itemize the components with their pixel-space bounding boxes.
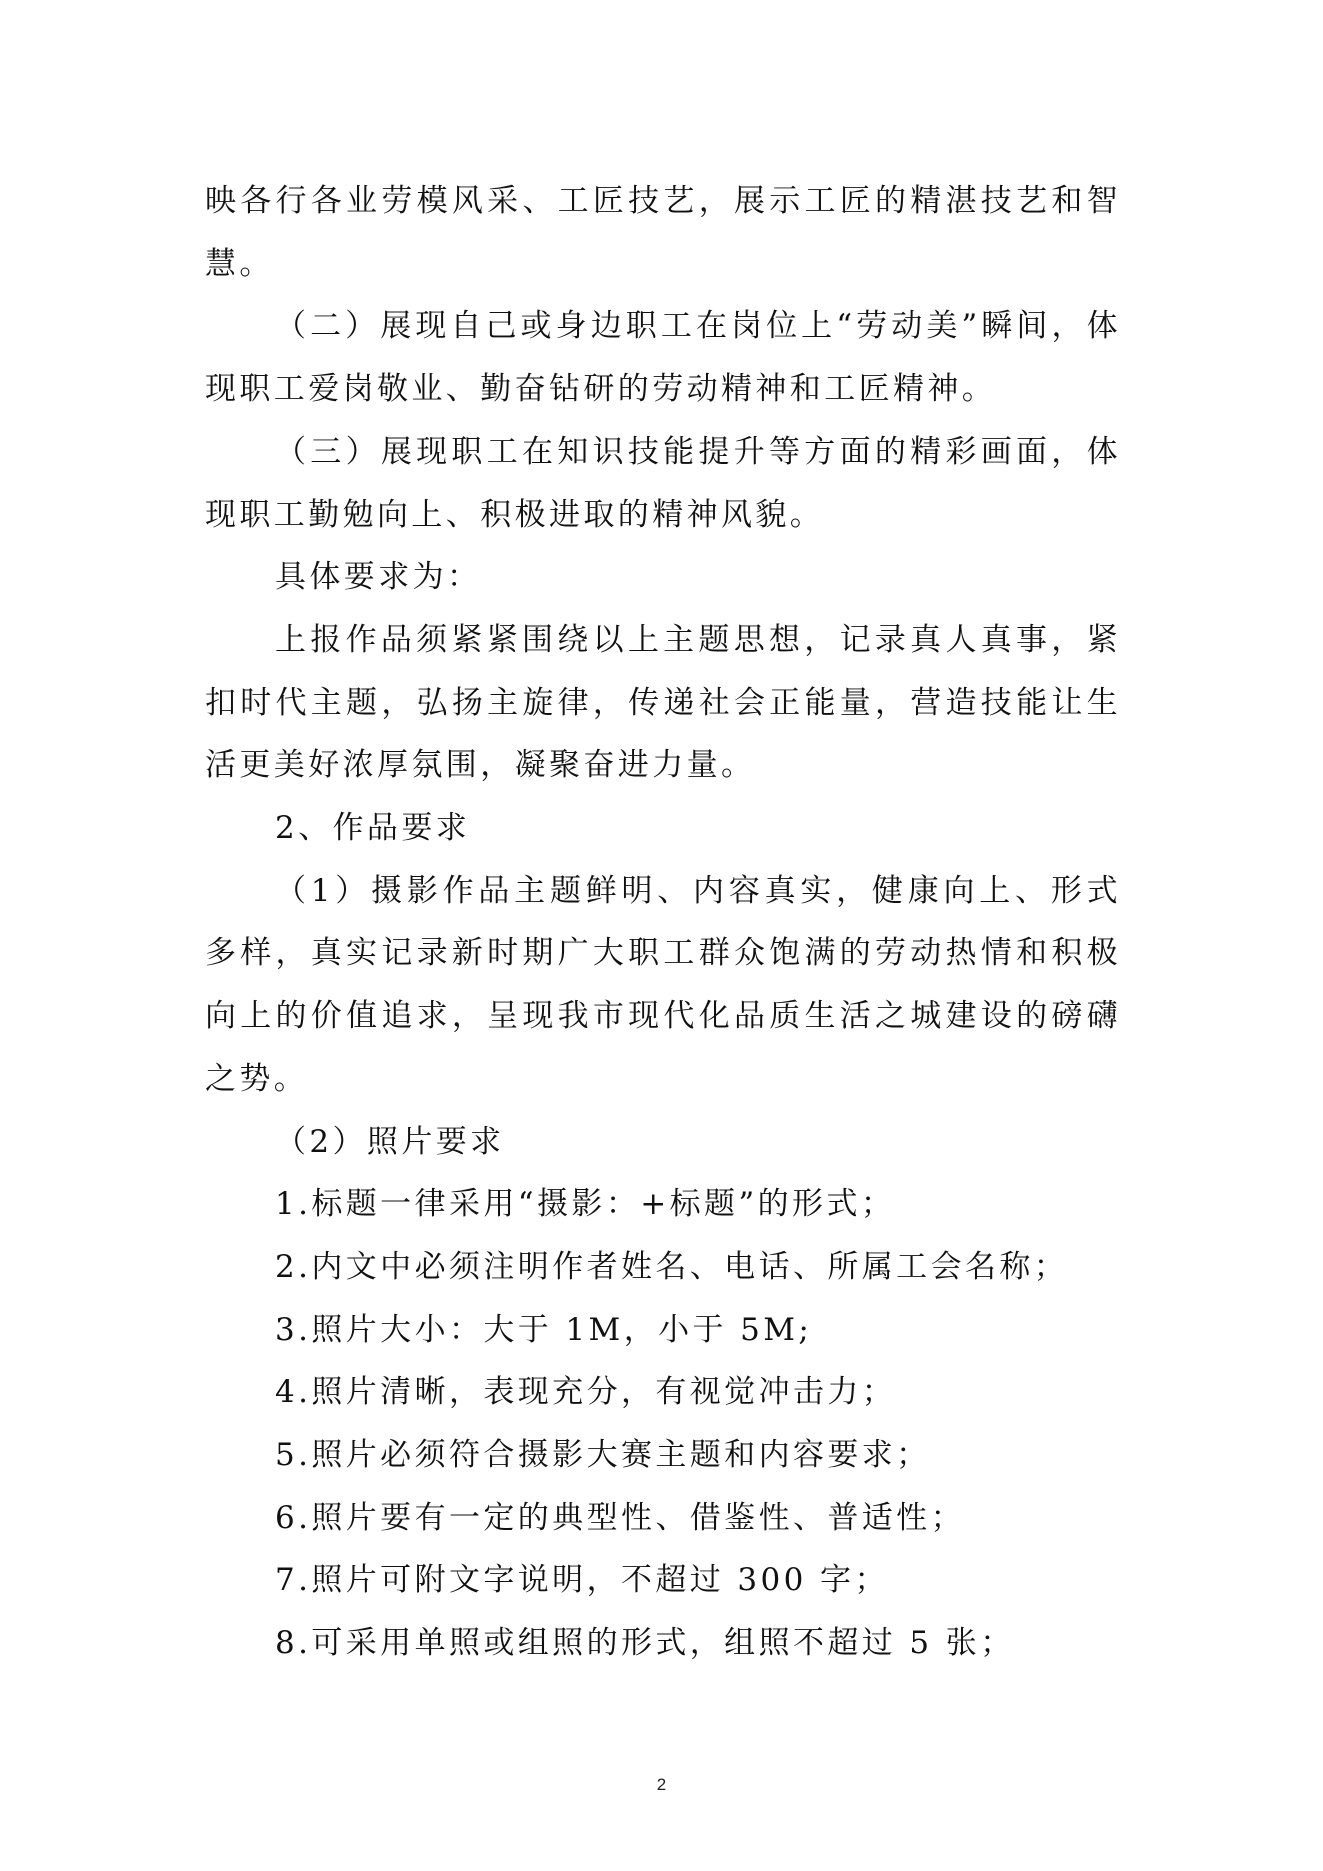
list-item-3: 3.照片大小：大于 1M，小于 5M;	[205, 1299, 1121, 1362]
paragraph-photo-works: （1）摄影作品主题鲜明、内容真实，健康向上、形式多样，真实记录新时期广大职工群众…	[205, 860, 1121, 1111]
body-text: 映各行各业劳模风采、工匠技艺，展示工匠的精湛技艺和智慧。 （二）展现自己或身边职…	[205, 170, 1121, 1675]
list-item-1: 1.标题一律采用“摄影：+标题”的形式；	[205, 1173, 1121, 1236]
list-item-5: 5.照片必须符合摄影大赛主题和内容要求；	[205, 1424, 1121, 1487]
paragraph-continuation: 映各行各业劳模风采、工匠技艺，展示工匠的精湛技艺和智慧。	[205, 170, 1121, 295]
list-item-6: 6.照片要有一定的典型性、借鉴性、普适性；	[205, 1487, 1121, 1550]
list-item-8: 8.可采用单照或组照的形式，组照不超过 5 张；	[205, 1612, 1121, 1675]
paragraph-requirements-heading: 具体要求为：	[205, 546, 1121, 609]
page-number: 2	[0, 1775, 1323, 1795]
paragraph-requirements-body: 上报作品须紧紧围绕以上主题思想，记录真人真事，紧扣时代主题，弘扬主旋律，传递社会…	[205, 609, 1121, 797]
paragraph-item-three: （三）展现职工在知识技能提升等方面的精彩画面，体现职工勤勉向上、积极进取的精神风…	[205, 421, 1121, 546]
section-heading-work-requirements: 2、作品要求	[205, 797, 1121, 860]
list-item-4: 4.照片清晰，表现充分，有视觉冲击力；	[205, 1361, 1121, 1424]
paragraph-item-two: （二）展现自己或身边职工在岗位上“劳动美”瞬间，体现职工爱岗敬业、勤奋钻研的劳动…	[205, 295, 1121, 420]
subheading-photo-requirements: （2）照片要求	[205, 1111, 1121, 1174]
list-item-7: 7.照片可附文字说明，不超过 300 字；	[205, 1549, 1121, 1612]
document-page: 映各行各业劳模风采、工匠技艺，展示工匠的精湛技艺和智慧。 （二）展现自己或身边职…	[0, 0, 1323, 1871]
list-item-2: 2.内文中必须注明作者姓名、电话、所属工会名称；	[205, 1236, 1121, 1299]
